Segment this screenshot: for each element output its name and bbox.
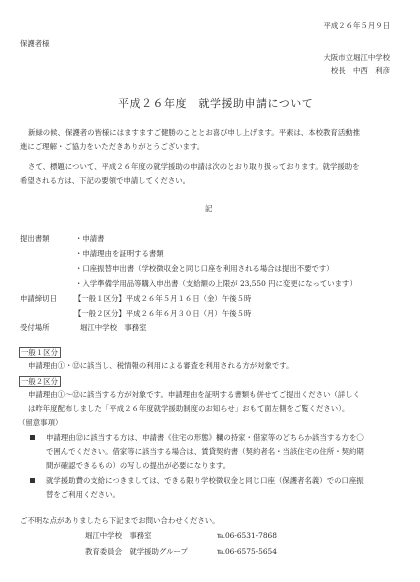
- category-desc-line: は昨年度配布しました「平成２６年度就学援助制度のお知らせ」おもて面左側をご覧くだ…: [28, 405, 349, 412]
- square-bullet-icon: [30, 435, 35, 440]
- reception-place: 堀江中学校 事務室: [80, 324, 147, 331]
- sender-principal: 校長 中西 利彦: [331, 67, 390, 74]
- document-item: ・申請書: [75, 235, 105, 242]
- note-line: 間が確認できるもの）の写しの提出が必要になります。: [46, 462, 230, 469]
- documents-label: 提出書類: [20, 235, 50, 242]
- document-item: ・申請理由を証明する書類: [75, 250, 164, 257]
- deadline-item: 【一般２区分】平成２６年６月３０日（月）午後５時: [74, 310, 251, 317]
- contact-intro: ご不明な点がありましたら下記までお問い合わせください。: [20, 517, 220, 524]
- contact-tel: ℡06-6575-5654: [217, 548, 277, 555]
- category-desc-line: 申請理由①～⑫に該当する方が対象です。申請理由を証明する書類も併せてご提出くださ…: [28, 391, 360, 398]
- category-label-2: 一般２区分: [19, 376, 61, 387]
- ki-heading: 記: [205, 205, 212, 212]
- intro-p2-line2: 希望される方は、下記の要領で申請してください。: [20, 177, 190, 184]
- contact-name: 堀江中学校 事務室: [85, 532, 152, 539]
- note-line: 就学援助費の支給につきましては、できる限り学校徴収金と同じ口座（保護者名義）での…: [46, 477, 364, 484]
- category-desc-line: 申請理由①・⑫に該当し、税情報の利用による審査を利用される方が対象です。: [28, 362, 293, 369]
- contact-tel: ℡06-6531-7868: [217, 532, 277, 539]
- document-item: ・口座振替申出書（学校徴収金と同じ口座を利用される場合は提出不要です）: [75, 265, 334, 272]
- notes-heading: （留意事項）: [18, 419, 62, 426]
- intro-p2-line1: さて、標題について、平成２６年度の就学援助の申請は次のとおり取り扱っております。…: [28, 163, 360, 170]
- letter-date: 平成２６年５月９日: [323, 22, 390, 29]
- note-line: で囲んでください。借家等に該当する場合は、賃貸契約書（契約者名・当該住宅の住所・…: [46, 448, 364, 455]
- reception-label: 受付場所: [20, 324, 50, 331]
- document-title: 平成２６年度 就学援助申請について: [118, 98, 313, 109]
- deadline-item: 【一般１区分】平成２６年５月１６日（金）午後５時: [74, 295, 251, 302]
- intro-p1-line2: 進にご理解・ご協力をいただきありがとうございます。: [20, 143, 204, 150]
- contact-name: 教育委員会 就学援助グループ: [85, 548, 188, 555]
- document-item: ・入学準備学用品等購入申出書（支給額の上限が 23,550 円に変更になっていま…: [75, 280, 357, 287]
- deadline-label: 申請締切日: [20, 295, 57, 302]
- note-line: 替をご利用ください。: [46, 491, 120, 498]
- square-bullet-icon: [30, 478, 35, 483]
- sender-school: 大阪市立堀江中学校: [323, 54, 390, 61]
- category-label-1: 一般１区分: [19, 347, 61, 358]
- addressee: 保護者様: [20, 40, 50, 47]
- intro-p1-line1: 新緑の候、保護者の皆様にはますますご健勝のこととお喜び申し上げます。平素は、本校…: [28, 129, 360, 136]
- note-line: 申請理由⑫に該当する方は、申請書《住宅の形態》欄の持家・借家等のどちらか該当する…: [46, 434, 364, 441]
